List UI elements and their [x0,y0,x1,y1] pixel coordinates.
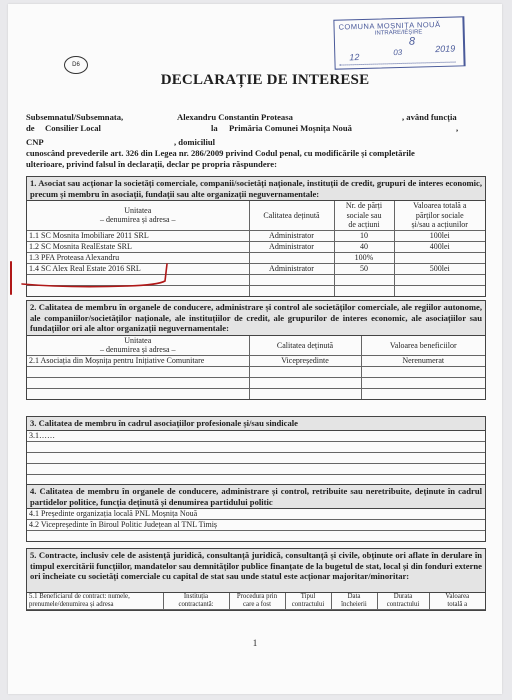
column-header: Unitatea– denumirea și adresa – [27,201,249,230]
stamp-month: 03 [393,48,402,57]
entry-cell: 3.1…… [27,431,485,442]
unit-cell: 2.1 Asociația din Moșnița pentru Inițiat… [27,355,249,366]
legal-text-line-2: ulterioare, privind falsul în declarații… [26,159,277,170]
table-row: 1.4 SC Alex Real Estate 2016 SRLAdminist… [27,263,485,274]
stamp-number: 8 [409,36,415,48]
role-cell [249,377,361,388]
value-cell [394,285,485,296]
declarant-institution: Primăria Comunei Moșnița Nouă [229,123,352,134]
section-5-contracts: 5. Contracte, inclusiv cele de asistență… [26,548,486,611]
section-5-table: 5.1 Beneficiarul de contract: numele,pre… [27,593,485,610]
column-header: Valoarea beneficiilor [361,336,485,356]
entry-cell [27,441,485,452]
document-code: D6 [72,62,80,68]
unit-cell [27,388,249,399]
value-cell: 100lei [394,230,485,241]
table-row [27,531,485,542]
role-cell: Administrator [249,230,334,241]
role-cell: Administrator [249,241,334,252]
unit-cell [27,366,249,377]
shares-cell: 10 [334,230,394,241]
role-cell [249,388,361,399]
table-row [27,388,485,399]
stamp-day: 12 [349,52,359,62]
role-cell [249,366,361,377]
declarant-intro: Subsemnatul/Subsemnata, Alexandru Consta… [26,112,486,170]
role-cell [249,285,334,296]
page-number: 1 [8,638,502,648]
entry-cell [27,463,485,474]
registration-stamp: COMUNA MOȘNIȚA NOUĂ INTRARE/IEȘIRE 8 12 … [333,16,465,69]
section-3-table: 3.1…… [27,431,485,485]
shares-cell [334,285,394,296]
cnp-label: CNP [26,137,44,148]
unit-cell: 1.1 SC Mosnita Imobiliare 2011 SRL [27,230,249,241]
shares-cell: 50 [334,263,394,274]
subsemnatul-label: Subsemnatul/Subsemnata, [26,112,123,123]
table-row [27,463,485,474]
column-header: Instituțiacontractantă: [163,593,229,610]
stamp-year: 2019 [435,44,455,55]
unit-cell [27,274,249,285]
table-row: 4.2 Vicepreședinte în Biroul Politic Jud… [27,520,485,531]
role-cell [249,274,334,285]
column-header: Calitatea deținută [249,336,361,356]
declarant-name: Alexandru Constantin Proteasa [177,112,293,123]
table-row: 1.1 SC Mosnita Imobiliare 2011 SRLAdmini… [27,230,485,241]
section-3-professional: 3. Calitatea de membru în cadrul asociaț… [26,416,486,486]
value-cell: 400lei [394,241,485,252]
document-page: COMUNA MOȘNIȚA NOUĂ INTRARE/IEȘIRE 8 12 … [8,4,502,694]
role-cell: Administrator [249,263,334,274]
legal-text-line-1: cunoscând prevederile art. 326 din Legea… [26,148,415,159]
domiciliu-label: , domiciliul [174,137,215,148]
stamp-label: INTRARE/IEȘIRE [375,29,423,36]
benefit-cell [361,366,485,377]
section-2-table: Unitatea– denumirea și adresa –Calitatea… [27,336,485,399]
unit-cell [27,285,249,296]
table-row [27,452,485,463]
section-2-management: 2. Calitatea de membru în organele de co… [26,300,486,400]
section-4-heading: 4. Calitatea de membru în organele de co… [27,485,485,509]
unit-cell: 1.4 SC Alex Real Estate 2016 SRL [27,263,249,274]
column-header: Unitatea– denumirea și adresa – [27,336,249,356]
table-row [27,377,485,388]
table-row [27,441,485,452]
column-header: Dataîncheierii [331,593,377,610]
section-5-heading: 5. Contracte, inclusiv cele de asistență… [27,549,485,593]
value-cell [394,274,485,285]
section-1-table: Unitatea– denumirea și adresa –Calitatea… [27,201,485,296]
role-cell: Vicepreședinte [249,355,361,366]
section-4-political: 4. Calitatea de membru în organele de co… [26,484,486,542]
benefit-cell [361,388,485,399]
value-cell: 500lei [394,263,485,274]
section-4-table: 4.1 Președinte organizația locală PNL Mo… [27,509,485,541]
table-row: 2.1 Asociația din Moșnița pentru Inițiat… [27,355,485,366]
benefit-cell [361,377,485,388]
column-header: Duratacontractului [377,593,429,610]
entry-cell [27,531,485,542]
shares-cell [334,274,394,285]
la-label: la [211,123,218,134]
table-row: 1.3 PFA Proteasa Alexandru100% [27,252,485,263]
table-row: 4.1 Președinte organizația locală PNL Mo… [27,509,485,520]
unit-cell: 1.3 PFA Proteasa Alexandru [27,252,249,263]
table-row [27,285,485,296]
de-label: de [26,123,35,134]
entry-cell: 4.1 Președinte organizația locală PNL Mo… [27,509,485,520]
column-header: 5.1 Beneficiarul de contract: numele,pre… [27,593,163,610]
entry-cell [27,452,485,463]
table-row [27,366,485,377]
value-cell [394,252,485,263]
shares-cell: 100% [334,252,394,263]
column-header: Valoareatotală a [429,593,485,610]
table-row [27,274,485,285]
unit-cell: 1.2 SC Mosnita RealEstate SRL [27,241,249,252]
avand-functia-label: , având funcția [402,112,457,123]
benefit-cell: Nerenumerat [361,355,485,366]
entry-cell: 4.2 Vicepreședinte în Biroul Politic Jud… [27,520,485,531]
column-header: Procedura princare a fost [229,593,285,610]
column-header: Nr. de părțisociale saude acțiuni [334,201,394,230]
section-1-heading: 1. Asociat sau acționar la societăți com… [27,177,485,201]
section-3-heading: 3. Calitatea de membru în cadrul asociaț… [27,417,485,431]
table-row: 1.2 SC Mosnita RealEstate SRLAdministrat… [27,241,485,252]
column-header: Tipulcontractului [285,593,331,610]
column-header: Valoarea totală apărților socialeși/sau … [394,201,485,230]
column-header: Calitatea deținută [249,201,334,230]
shares-cell: 40 [334,241,394,252]
role-cell [249,252,334,263]
stamp-divider [340,62,456,66]
table-row: 3.1…… [27,431,485,442]
section-2-heading: 2. Calitatea de membru în organele de co… [27,301,485,336]
section-1-shareholdings: 1. Asociat sau acționar la societăți com… [26,176,486,297]
declarant-function: Consilier Local [45,123,101,134]
page-title: DECLARAȚIE DE INTERESE [8,72,502,89]
unit-cell [27,377,249,388]
institution-comma: , [456,123,458,134]
